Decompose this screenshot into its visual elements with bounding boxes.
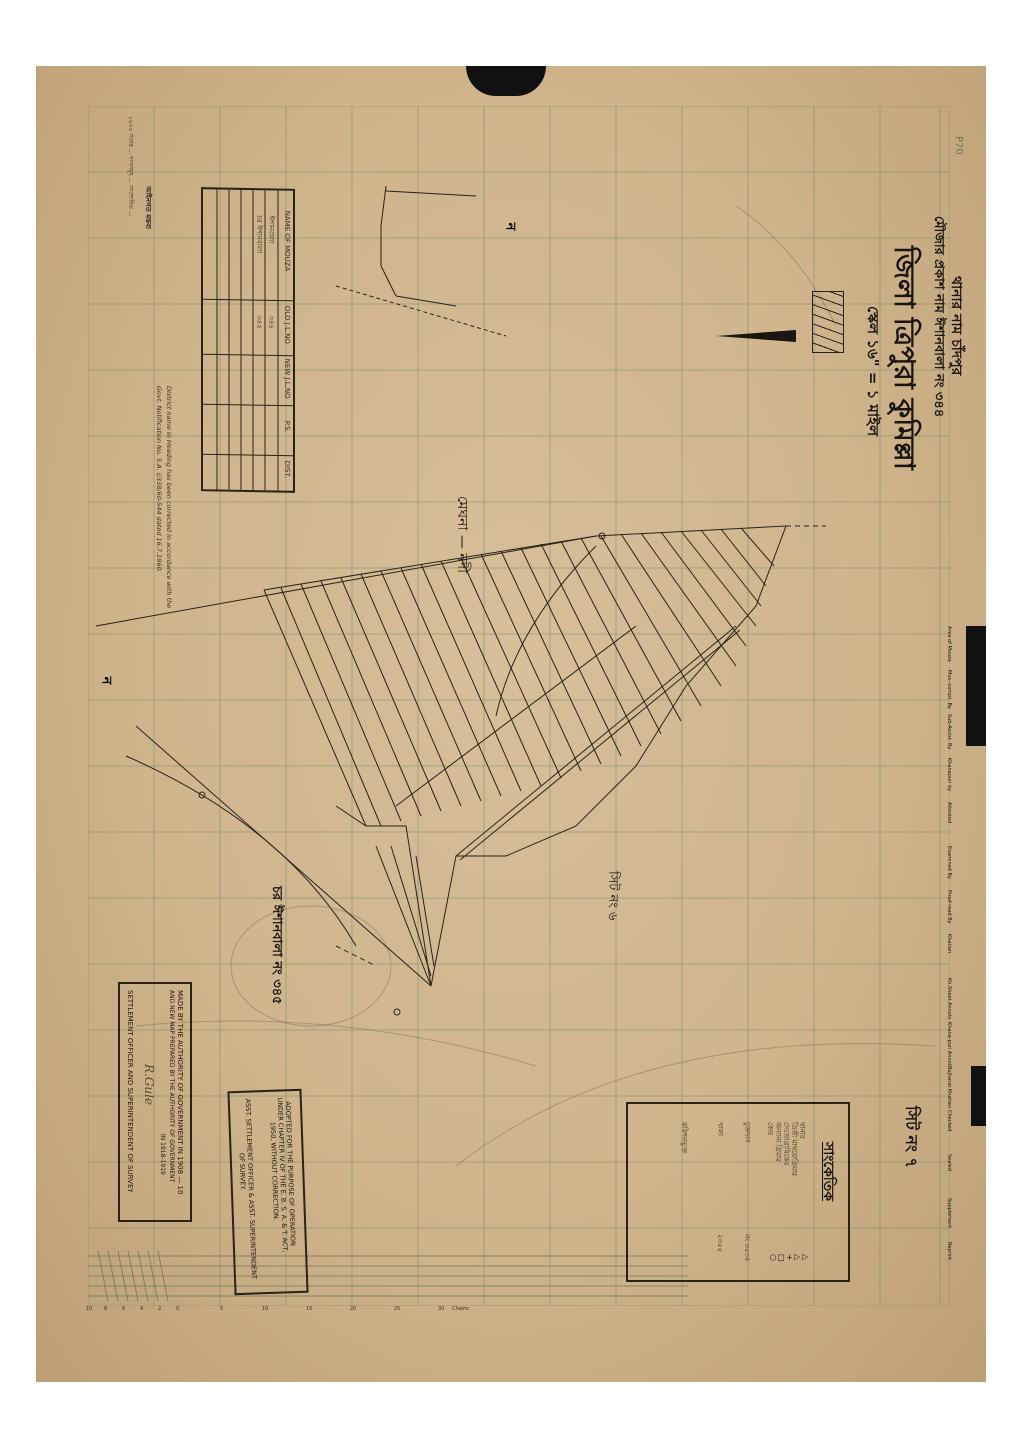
margin-col-6: Examined By [946,846,952,879]
scale-text: স্কেল ১৬" = ১ মাইল [859,306,884,436]
authority-stamp: MADE BY THE AUTHORITY OF GOVERNMENT IN 1… [118,982,192,1222]
table-row-2-jl: ৩৪৫ [253,315,265,329]
legend-symbol-triangle-icon-2: △ [793,1254,802,1260]
authority-line1: MADE BY THE AUTHORITY OF GOVERNMENT IN 1… [176,990,184,1194]
margin-col-1: Area of Mouza [946,626,952,662]
margin-col-14: Supplement [946,1198,952,1228]
margin-col-4: Khanapuri by [946,758,952,791]
village-name: চাঁদপুর [948,339,964,375]
margin-col-10: Khana-puri Annot [946,1022,952,1066]
scale-tick-30: 30 [438,1306,444,1312]
scale-tick-6: 6 [122,1306,125,1312]
legend-symbol-triangle-icon: △ [801,1254,810,1260]
margin-col-13: Sealed [946,1154,952,1171]
margin-col-12: Checked [946,1110,952,1131]
margin-col-11: Bujharat Khatian [946,1066,952,1108]
correction-note-line2: Govt. Notification No. S.A. I/338/60-544… [154,386,164,608]
side-note-text: ১৯২৪ সনের ... দাগসমূহ ... সংশোধিত ... [125,116,136,217]
scale-tick-25: 25 [394,1306,400,1312]
adopted-line5: OF SURVEY. [238,1153,247,1191]
margin-col-8: Khatian [946,934,952,953]
table-row-1-jl: ৩৪৪ [265,315,277,329]
north-marker-left: ন [94,677,115,685]
char-mouza-label: চর ঈশানবালা নং ৩৪৫ [265,886,286,1005]
scale-tick-0: 0 [176,1306,179,1312]
table-header-dist: DIST. [283,461,291,479]
legend-item-7-value: ২৩৫৫ [714,1234,726,1252]
scale-tick-10l: 10 [86,1306,92,1312]
corner-number: P70 [953,136,964,155]
district-title: জিলা ত্রিপুরা কুমিল্লা [879,246,926,470]
margin-columns: Area of Mouza Mus.-compt. By Sub-Assist.… [940,626,960,1326]
margin-col-7: Proof-read By [946,890,952,924]
legend-item-7: খালা [714,1122,726,1136]
table-row-1-mouza: ঈশানবালা [265,215,277,243]
scale-diagram [812,291,844,353]
margin-col-2: Mus.-compt. By [946,670,952,709]
legend-title: সাংকেতিক [816,1142,840,1201]
scale-unit: Chains [452,1306,469,1312]
legend-item-8: কমিশনভুক্ত [678,1122,690,1153]
table-row-2-mouza: চর ঈশানবালা [253,215,265,253]
adjacent-sheet-label: সিট নং ৬ [601,871,622,920]
scale-tick-20: 20 [350,1306,356,1312]
table-header-new-jl: NEW J.L.NO [283,359,291,399]
scanned-map-sheet: থানার নাম চাঁদপুর মৌজার প্রকাশ নাম ঈশানব… [36,66,986,1382]
correction-note: District name in Heading has been correc… [154,386,174,608]
scale-tick-4: 4 [140,1306,143,1312]
mouza-name: ঈশানবালা নং ৩৪৪ [931,317,946,417]
scale-bar: 10 8 6 4 2 0 5 10 15 20 25 30 Chains [86,1306,486,1318]
legend-item-5: কেন্দ্র [764,1122,776,1135]
river-label: মেঘনা — নদী [450,496,474,573]
scale-tick-8: 8 [104,1306,107,1312]
margin-col-3: Sub-Assist. By [946,714,952,749]
authority-line2: AND NEW MAP PREPARED BY THE AUTHORITY OF… [168,990,175,1182]
adopted-stamp: ADOPTED FOR THE PURPOSE OF OPERATION UND… [227,1089,308,1295]
paper-background: থানার নাম চাঁদপুর মৌজার প্রকাশ নাম ঈশানব… [36,66,986,1382]
legend-symbol-cross-icon: + [785,1254,794,1261]
scale-tick-2: 2 [158,1306,161,1312]
margin-col-15: Reprint [946,1242,952,1260]
scale-tick-15: 15 [306,1306,312,1312]
table-header-mouza: NAME OF MOUZA [283,211,291,272]
legend-box: সাংকেতিক থানার ত্রিজী মাথযোগ্রিমার সেজোগ… [626,1102,850,1282]
legend-symbol-circle-icon: ○ [769,1254,778,1261]
mouza-table: NAME OF MOUZA OLD J.L.NO NEW J.L.NO P.S.… [201,187,295,493]
correction-note-line1: District name in Heading has been correc… [164,386,174,608]
mouza-name-line: মৌজার প্রকাশ নাম ঈশানবালা নং ৩৪৪ [927,216,948,417]
north-marker-top: ন [498,223,519,231]
legend-symbol-square-icon: □ [777,1254,786,1262]
authority-line4: SETTLEMENT OFFICER AND SUPERINTENDENT OF… [126,990,134,1193]
scale-tick-5: 5 [220,1306,223,1312]
mouza-label: মৌজার প্রকাশ নাম [931,216,946,313]
table-header-ps: P.S. [283,421,291,433]
table-header-old-jl: OLD J.L.NO [283,306,291,344]
legend-item-6: চুক্তদাগ [741,1122,753,1143]
side-note-title: আইনগত মন্তব্য [142,186,154,229]
scale-tick-10: 10 [262,1306,268,1312]
authority-line3: IN 1918-1919 [159,1134,166,1175]
legend-item-6-value: নং ৩৫৩৪ [741,1234,753,1262]
margin-col-5: Attested [946,802,952,823]
authority-signature: R.Gule [142,1064,156,1105]
margin-col-9: Kh.Sheet Annots [946,978,952,1019]
sheet-number: সিট নং ৭ [897,1106,924,1168]
village-name-label: থানার নাম [948,276,964,334]
